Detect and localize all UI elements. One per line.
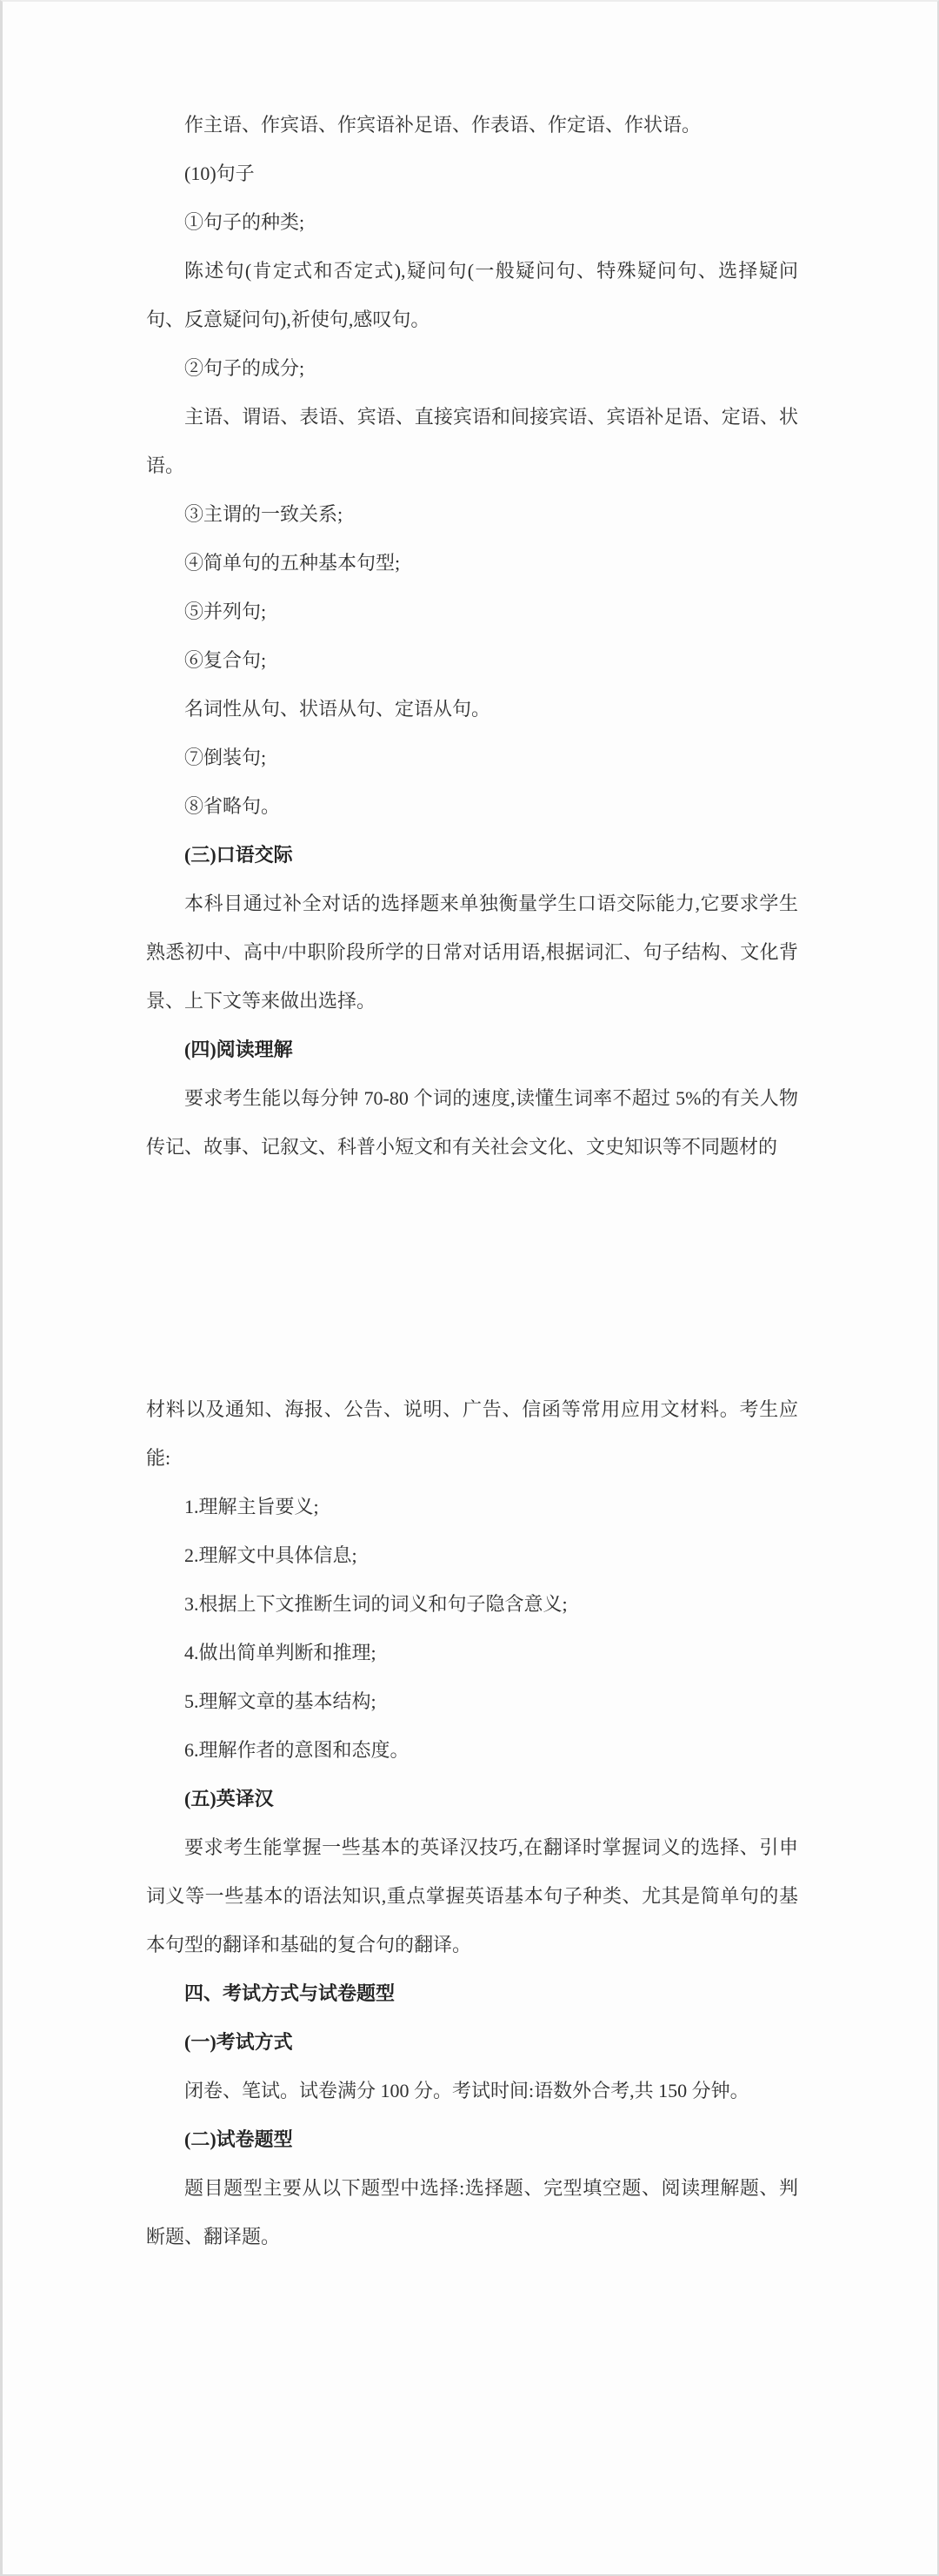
document-paragraph: ⑤并列句;	[146, 588, 798, 636]
document-paragraph: 主语、谓语、表语、宾语、直接宾语和间接宾语、宾语补足语、定语、状语。	[146, 393, 798, 490]
section-heading: (四)阅读理解	[146, 1026, 798, 1074]
document-paragraph: 6.理解作者的意图和态度。	[146, 1726, 798, 1775]
document-paragraph: 4.做出简单判断和推理;	[146, 1629, 798, 1677]
document-paragraph: (10)句子	[146, 149, 798, 198]
page-break-gap	[146, 1172, 798, 1385]
document-paragraph: 要求考生能掌握一些基本的英译汉技巧,在翻译时掌握词义的选择、引申词义等一些基本的…	[146, 1823, 798, 1969]
document-page: 作主语、作宾语、作宾语补足语、作表语、作定语、作状语。(10)句子①句子的种类;…	[0, 0, 939, 2576]
section-heading: (二)试卷题型	[146, 2115, 798, 2164]
document-paragraph: ⑧省略句。	[146, 782, 798, 831]
document-paragraph: 1.理解主旨要义;	[146, 1483, 798, 1531]
document-paragraph: ①句子的种类;	[146, 198, 798, 247]
document-paragraph: 闭卷、笔试。试卷满分 100 分。考试时间:语数外合考,共 150 分钟。	[146, 2067, 798, 2115]
document-paragraph: 2.理解文中具体信息;	[146, 1531, 798, 1580]
section-heading: (五)英译汉	[146, 1775, 798, 1823]
document-paragraph: ⑥复合句;	[146, 636, 798, 685]
section-heading: (一)考试方式	[146, 2018, 798, 2067]
document-paragraph: 材料以及通知、海报、公告、说明、广告、信函等常用应用文材料。考生应能:	[146, 1385, 798, 1483]
document-paragraph: 作主语、作宾语、作宾语补足语、作表语、作定语、作状语。	[146, 101, 798, 149]
document-paragraph: 本科目通过补全对话的选择题来单独衡量学生口语交际能力,它要求学生熟悉初中、高中/…	[146, 880, 798, 1026]
document-paragraph: 题目题型主要从以下题型中选择:选择题、完型填空题、阅读理解题、判断题、翻译题。	[146, 2164, 798, 2261]
document-paragraph: 要求考生能以每分钟 70-80 个词的速度,读懂生词率不超过 5%的有关人物传记…	[146, 1074, 798, 1172]
document-content: 作主语、作宾语、作宾语补足语、作表语、作定语、作状语。(10)句子①句子的种类;…	[146, 101, 798, 2261]
document-paragraph: 陈述句(肯定式和否定式),疑问句(一般疑问句、特殊疑问句、选择疑问句、反意疑问句…	[146, 247, 798, 344]
document-paragraph: ④简单句的五种基本句型;	[146, 539, 798, 588]
document-paragraph: 5.理解文章的基本结构;	[146, 1677, 798, 1726]
document-paragraph: ③主谓的一致关系;	[146, 490, 798, 539]
document-paragraph: 名词性从句、状语从句、定语从句。	[146, 685, 798, 734]
document-paragraph: ⑦倒装句;	[146, 734, 798, 782]
document-paragraph: 3.根据上下文推断生词的词义和句子隐含意义;	[146, 1580, 798, 1629]
section-heading: 四、考试方式与试卷题型	[146, 1969, 798, 2018]
section-heading: (三)口语交际	[146, 831, 798, 880]
document-paragraph: ②句子的成分;	[146, 344, 798, 393]
